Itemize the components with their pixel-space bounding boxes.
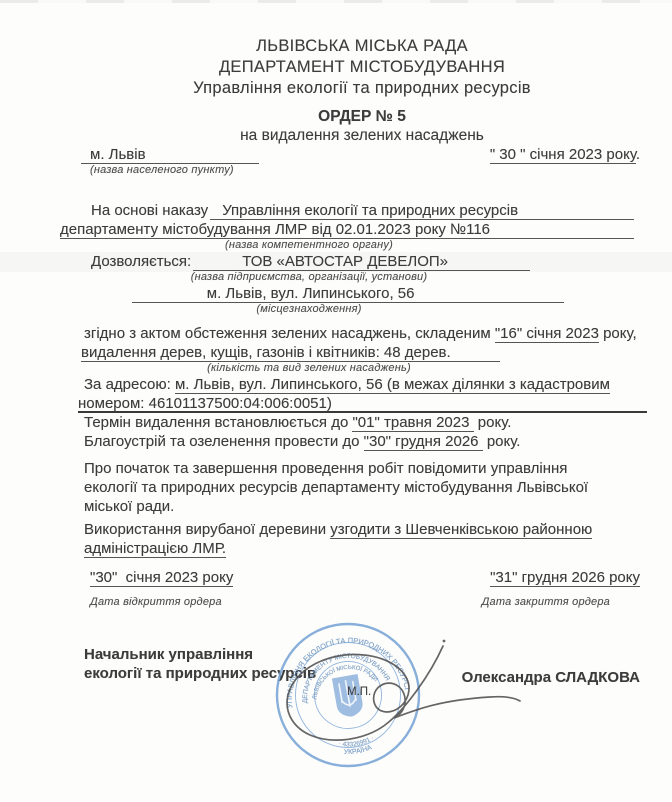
signature-block: Начальник управління екології та природн… [84, 609, 640, 802]
order-open-date: "30" січня 2023 року [90, 568, 233, 587]
place-date-row: м. Львів " 30 " січня 2023 року. [84, 145, 640, 164]
order-title: ОРДЕР № 5 [84, 107, 640, 126]
spacer [259, 145, 490, 164]
removal-term-suffix: року. [474, 414, 512, 431]
address-value-2: номером: 46101137500:04:006:0051) [78, 394, 332, 413]
order-subtitle: на видалення зелених насаджень [84, 126, 640, 145]
blank-underline [490, 220, 634, 239]
address-value-1: м. Львів, вул. Липинського, 56 (в межах … [175, 376, 610, 394]
spacer [233, 568, 490, 587]
act-line-2: видалення дерев, кущів, газонів і квітни… [81, 343, 500, 362]
act-line-1: згідно з актом обстеження зелених насадж… [84, 324, 640, 343]
removal-term-date: "01" травня 2023 [352, 414, 473, 432]
address-label: За адресою: [84, 376, 175, 393]
basis-value-2: департаменту містобудування ЛМР від 02.0… [60, 220, 490, 239]
act-removal-list: видалення дерев, кущів, газонів і квітни… [81, 343, 451, 362]
removal-term-line: Термін видалення встановлюється до "01" … [84, 413, 640, 432]
location-caption: (місцезнаходження) [84, 303, 534, 316]
close-date-caption: Дата закриття ордера [482, 596, 610, 609]
notice-line-3: міської ради. [84, 497, 640, 516]
permit-row: Дозволяється: ТОВ «АВТОСТАР ДЕВЕЛОП» [84, 252, 530, 271]
landscaping-term-line: Благоустрій та озеленення провести до "3… [84, 432, 640, 451]
notice-paragraph: Про початок та завершення проведення роб… [84, 459, 640, 516]
basis-row-2: департаменту містобудування ЛМР від 02.0… [60, 220, 640, 239]
removal-term-prefix: Термін видалення встановлюється до [84, 414, 352, 431]
act-date: "16" січня 2023 [495, 325, 599, 343]
org-name-line2: ДЕПАРТАМЕНТ МІСТОБУДУВАННЯ [84, 57, 640, 78]
location-row: м. Львів, вул. Липинського, 56 [132, 284, 564, 303]
seal-place-mark: М.П. [347, 686, 371, 698]
org-name-line3: Управління екології та природних ресурсі… [84, 78, 640, 99]
notice-line-2: екології та природних ресурсів департаме… [84, 478, 640, 497]
open-date-caption: Дата відкриття ордера [90, 596, 222, 609]
blank-underline [451, 343, 500, 362]
document-content: ЛЬВІВСЬКА МІСЬКА РАДА ДЕПАРТАМЕНТ МІСТОБ… [0, 0, 672, 802]
open-date-field: " 30 " січня 2023 року. [490, 145, 640, 164]
address-line-2: номером: 46101137500:04:006:0051) [78, 394, 647, 413]
blank-underline [414, 284, 564, 303]
wood-use-prefix: Використання вирубаної деревини [84, 521, 330, 538]
basis-value-1: Управління екології та природних ресурсі… [222, 201, 518, 220]
open-date-text: " 30 " січня 2023 року [490, 146, 636, 164]
blank-underline [518, 201, 634, 220]
landscaping-date: "30" грудня 2026 [364, 433, 483, 451]
basis-label: На основі наказу [91, 201, 210, 220]
wood-use-paragraph: Використання вирубаної деревини узгодити… [84, 520, 640, 558]
city-field: м. Львів [81, 145, 259, 164]
permit-value: ТОВ «АВТОСТАР ДЕВЕЛОП» [242, 252, 448, 271]
city-caption: (назва населеного пункту) [90, 164, 640, 177]
wood-use-underlined-1: узгодити з Шевченківською районною [330, 521, 592, 539]
location-value: м. Львів, вул. Липинського, 56 [207, 284, 415, 303]
spacer [222, 596, 482, 609]
blank-underline [332, 394, 647, 413]
act-prefix: згідно з актом обстеження зелених насадж… [84, 325, 495, 342]
order-close-date: "31" грудня 2026 року [490, 568, 640, 587]
wood-use-line-1: Використання вирубаної деревини узгодити… [84, 520, 640, 539]
address-line-1: За адресою: м. Львів, вул. Липинського, … [84, 375, 640, 394]
basis-caption: (назва компетентного органу) [84, 239, 534, 252]
wood-use-underlined-2: адміністрацією ЛМР. [84, 540, 226, 558]
blank-underline [132, 284, 207, 303]
blank-underline [448, 252, 530, 271]
org-name-line1: ЛЬВІВСЬКА МІСЬКА РАДА [84, 36, 640, 57]
date-period: . [636, 146, 640, 163]
permit-label: Дозволяється: [91, 252, 193, 271]
order-dates-row: "30" січня 2023 року "31" грудня 2026 ро… [84, 568, 640, 587]
wood-use-line-2: адміністрацією ЛМР. [84, 539, 640, 558]
permit-caption: (назва підприємства, організації, устано… [84, 271, 534, 284]
act-suffix: року, [599, 325, 637, 342]
scanned-order-document: ЛЬВІВСЬКА МІСЬКА РАДА ДЕПАРТАМЕНТ МІСТОБ… [0, 0, 672, 802]
landscaping-prefix: Благоустрій та озеленення провести до [84, 433, 364, 450]
act-caption: (кількість та вид зелених насаджень) [84, 362, 534, 375]
handwritten-signature [272, 618, 532, 768]
notice-line-1: Про початок та завершення проведення роб… [84, 459, 640, 478]
basis-row-1: На основі наказу Управління екології та … [84, 201, 640, 220]
blank-underline [210, 201, 222, 220]
order-dates-captions: Дата відкриття ордера Дата закриття орде… [84, 596, 640, 609]
blank-underline [193, 252, 242, 271]
landscaping-suffix: року. [483, 433, 521, 450]
